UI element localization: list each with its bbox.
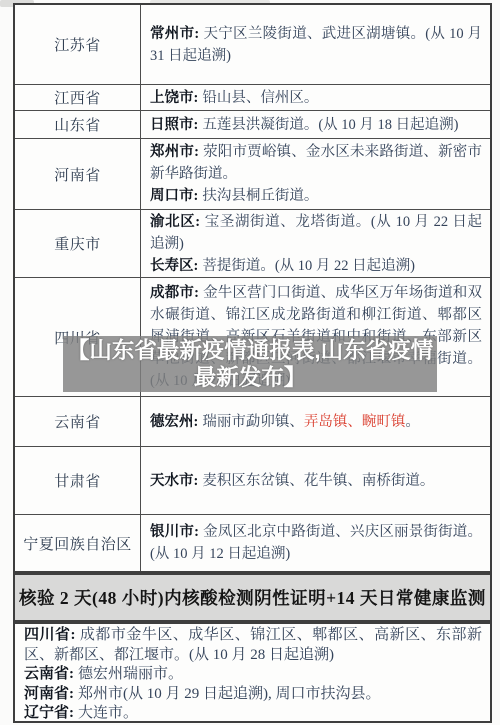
region-cell: 上饶市:铅山县、信州区。 xyxy=(141,85,490,110)
province-cell: 江苏省 xyxy=(15,5,141,84)
table-row: 宁夏回族自治区银川市:金凤区北京中路街道、兴庆区丽景街街道。(从 10 月 12… xyxy=(15,515,490,571)
region-text: 金凤区北京中路街道、兴庆区丽景街街道。(从 10 月 12 日起追溯) xyxy=(150,524,482,562)
region-entry: 渝北区:宝圣湖街道、龙塔街道。(从 10 月 22 日起追溯) xyxy=(150,211,482,255)
note-line: 河南省:郑州市(从 10 月 29 日起追溯), 周口市扶沟县。 xyxy=(24,685,482,705)
region-cell: 银川市:金凤区北京中路街道、兴庆区丽景街街道。(从 10 月 12 日起追溯) xyxy=(141,515,490,571)
note-text: 大连市。 xyxy=(78,705,138,721)
region-cell: 常州市:天宁区兰陵街道、武进区湖塘镇。(从 10 月 31 日起追溯) xyxy=(141,5,490,84)
note-province-label: 河南省: xyxy=(24,686,74,702)
note-text: 德宏州瑞丽市。 xyxy=(78,666,183,682)
province-name: 河南省 xyxy=(54,164,101,185)
city-label: 长寿区: xyxy=(150,258,198,274)
note-text: 成都市金牛区、成华区、锦江区、郫都区、高新区、东部新区、新都区、都江堰市。(从 … xyxy=(24,627,482,663)
table-row: 江西省上饶市:铅山县、信州区。 xyxy=(15,85,490,111)
region-entry: 天水市:麦积区东岔镇、花牛镇、南桥街道。 xyxy=(150,470,482,492)
document-page: 江苏省常州市:天宁区兰陵街道、武进区湖塘镇。(从 10 月 31 日起追溯)江西… xyxy=(0,0,500,725)
region-cell: 渝北区:宝圣湖街道、龙塔街道。(从 10 月 22 日起追溯)长寿区:菩提街道。… xyxy=(141,210,490,277)
province-name: 重庆市 xyxy=(54,233,101,254)
region-entry: 德宏州:瑞丽市勐卯镇、弄岛镇、畹町镇。 xyxy=(150,411,482,433)
watermark-overlay: 【山东省最新疫情通报表,山东省疫情 最新发布】 xyxy=(63,336,437,392)
region-entry: 郑州市:荥阳市贾峪镇、金水区未来路街道、新密市新华路街道。 xyxy=(150,141,482,185)
province-name: 云南省 xyxy=(54,411,101,432)
region-text: 五莲县洪凝街道。(从 10 月 18 日起追溯) xyxy=(202,117,458,133)
city-label: 银川市: xyxy=(150,524,199,540)
requirement-banner: 核验 2 天(48 小时)内核酸检测阴性证明+14 天日常健康监测 xyxy=(13,573,492,622)
city-label: 常州市: xyxy=(150,26,199,42)
note-province-label: 四川省: xyxy=(24,627,75,643)
region-cell: 德宏州:瑞丽市勐卯镇、弄岛镇、畹町镇。 xyxy=(141,397,490,446)
region-text: 铅山县、信州区。 xyxy=(202,90,318,106)
province-cell: 江西省 xyxy=(15,85,141,110)
city-label: 上饶市: xyxy=(150,90,198,106)
province-name: 江西省 xyxy=(54,87,101,108)
region-entry: 周口市:扶沟县桐丘街道。 xyxy=(150,185,482,207)
table-row: 河南省郑州市:荥阳市贾峪镇、金水区未来路街道、新密市新华路街道。周口市:扶沟县桐… xyxy=(15,139,490,210)
province-name: 江苏省 xyxy=(54,34,101,55)
city-label: 郑州市: xyxy=(150,144,199,160)
region-entry: 常州市:天宁区兰陵街道、武进区湖塘镇。(从 10 月 31 日起追溯) xyxy=(150,23,482,67)
note-province-label: 辽宁省: xyxy=(24,705,74,721)
region-cell: 郑州市:荥阳市贾峪镇、金水区未来路街道、新密市新华路街道。周口市:扶沟县桐丘街道… xyxy=(141,139,490,209)
city-label: 日照市: xyxy=(150,117,198,133)
table-row: 重庆市渝北区:宝圣湖街道、龙塔街道。(从 10 月 22 日起追溯)长寿区:菩提… xyxy=(15,210,490,278)
region-entry: 日照市:五莲县洪凝街道。(从 10 月 18 日起追溯) xyxy=(150,114,482,136)
province-cell: 河南省 xyxy=(15,139,141,209)
region-entry: 银川市:金凤区北京中路街道、兴庆区丽景街街道。(从 10 月 12 日起追溯) xyxy=(150,521,482,565)
province-cell: 山东省 xyxy=(15,111,141,138)
province-name: 山东省 xyxy=(54,114,101,135)
city-label: 周口市: xyxy=(150,188,198,204)
note-text: 郑州市(从 10 月 29 日起追溯), 周口市扶沟县。 xyxy=(78,686,381,702)
region-text: 麦积区东岔镇、花牛镇、南桥街道。 xyxy=(202,473,434,489)
city-label: 成都市: xyxy=(150,285,199,301)
province-name: 甘肃省 xyxy=(54,470,101,491)
province-name: 宁夏回族自治区 xyxy=(23,533,132,554)
region-text: 扶沟县桐丘街道。 xyxy=(202,188,318,204)
table-row: 山东省日照市:五莲县洪凝街道。(从 10 月 18 日起追溯) xyxy=(15,111,490,139)
city-label: 德宏州: xyxy=(150,414,198,430)
region-text: 天宁区兰陵街道、武进区湖塘镇。(从 10 月 31 日起追溯) xyxy=(150,26,482,64)
watermark-title-line2: 最新发布】 xyxy=(194,364,307,391)
note-line: 四川省:成都市金牛区、成华区、锦江区、郫都区、高新区、东部新区、新都区、都江堰市… xyxy=(24,626,482,665)
region-text: 荥阳市贾峪镇、金水区未来路街道、新密市新华路街道。 xyxy=(150,144,482,182)
province-cell: 云南省 xyxy=(15,397,141,446)
trace-notes-box: 四川省:成都市金牛区、成华区、锦江区、郫都区、高新区、东部新区、新都区、都江堰市… xyxy=(13,622,492,723)
region-cell: 天水市:麦积区东岔镇、花牛镇、南桥街道。 xyxy=(141,447,490,514)
region-cell: 日照市:五莲县洪凝街道。(从 10 月 18 日起追溯) xyxy=(141,111,490,138)
table-row: 江苏省常州市:天宁区兰陵街道、武进区湖塘镇。(从 10 月 31 日起追溯) xyxy=(15,5,490,85)
requirement-banner-text: 核验 2 天(48 小时)内核酸检测阴性证明+14 天日常健康监测 xyxy=(19,585,486,610)
note-province-label: 云南省: xyxy=(24,666,74,682)
watermark-title-line1: 【山东省最新疫情通报表,山东省疫情 xyxy=(67,337,433,364)
region-text-red: 弄岛镇、畹町镇 xyxy=(304,414,406,430)
note-line: 辽宁省:大连市。 xyxy=(24,704,482,724)
province-cell: 甘肃省 xyxy=(15,447,141,514)
region-text: 。 xyxy=(405,414,420,430)
table-row: 云南省德宏州:瑞丽市勐卯镇、弄岛镇、畹町镇。 xyxy=(15,397,490,447)
city-label: 渝北区: xyxy=(150,214,200,230)
table-row: 甘肃省天水市:麦积区东岔镇、花牛镇、南桥街道。 xyxy=(15,447,490,515)
region-entry: 长寿区:菩提街道。(从 10 月 22 日起追溯) xyxy=(150,255,482,277)
note-line: 云南省:德宏州瑞丽市。 xyxy=(24,665,482,685)
province-table: 江苏省常州市:天宁区兰陵街道、武进区湖塘镇。(从 10 月 31 日起追溯)江西… xyxy=(13,3,492,573)
province-cell: 宁夏回族自治区 xyxy=(15,515,141,571)
region-text: 瑞丽市勐卯镇、 xyxy=(202,414,304,430)
region-text: 菩提街道。(从 10 月 22 日起追溯) xyxy=(202,258,415,274)
city-label: 天水市: xyxy=(150,473,198,489)
province-cell: 重庆市 xyxy=(15,210,141,277)
region-entry: 上饶市:铅山县、信州区。 xyxy=(150,87,482,109)
